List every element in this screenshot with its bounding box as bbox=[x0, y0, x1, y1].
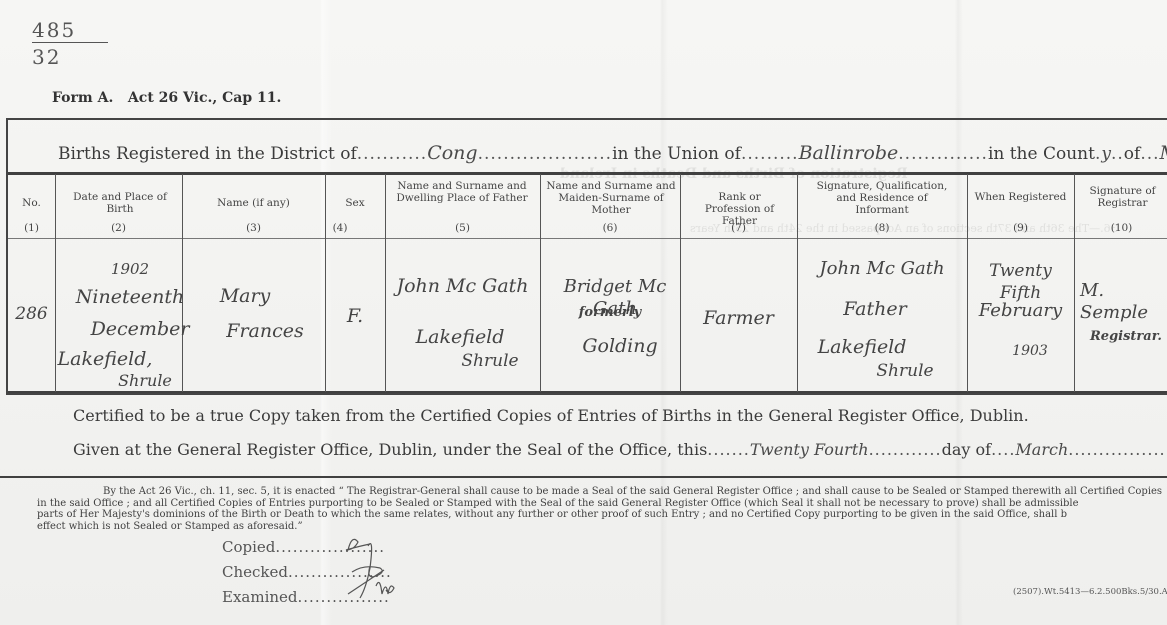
birth-month: December bbox=[85, 318, 195, 340]
printer-mark: (2507).Wt.5413—6.2.500Bks.5/30.A bbox=[1013, 587, 1167, 597]
county-label: in the Count bbox=[988, 144, 1095, 164]
certificate-paper: Registration of Births and Deaths in Ire… bbox=[0, 0, 1167, 625]
column-header-registrar: Signature of Registrar bbox=[1080, 185, 1165, 209]
district-prefix: Births Registered in the District of bbox=[58, 144, 357, 164]
father-name: John Mc Gath bbox=[385, 275, 540, 297]
informant-residence-town: Shrule bbox=[850, 360, 960, 382]
column-number: (7) bbox=[680, 222, 797, 234]
column-header-father: Name and Surname and Dwelling Place of F… bbox=[392, 180, 532, 204]
column-header-informant: Signature, Qualification, and Residence … bbox=[812, 180, 952, 216]
given-at-statement: Given at the General Register Office, Du… bbox=[73, 440, 1167, 459]
district-value: Cong bbox=[427, 142, 477, 164]
column-number: (5) bbox=[385, 222, 540, 234]
column-divider bbox=[797, 174, 798, 392]
district-header: Births Registered in the District of....… bbox=[58, 142, 1167, 164]
column-header-date-place: Date and Place of Birth bbox=[70, 191, 170, 215]
day-of-label: day of bbox=[942, 440, 991, 459]
column-number: (2) bbox=[55, 222, 182, 234]
father-dwelling: Lakefield bbox=[395, 326, 525, 348]
informant-residence: Lakefield bbox=[797, 336, 927, 358]
birth-place: Lakefield, bbox=[50, 348, 160, 370]
column-number: (6) bbox=[540, 222, 680, 234]
issue-day: Twenty Fourth bbox=[750, 440, 869, 459]
form-label: Form A. Act 26 Vic., Cap 11. bbox=[52, 90, 281, 106]
legal-note-line: By the Act 26 Vic., ch. 11, sec. 5, it i… bbox=[37, 486, 1167, 498]
child-first-name: Mary bbox=[190, 285, 300, 307]
examined-label: Examined bbox=[222, 588, 298, 606]
registrar-signature: M. Semple bbox=[1074, 280, 1167, 324]
father-dwelling-town: Shrule bbox=[435, 350, 545, 372]
legal-note-line: parts of Her Majesty's dominions of the … bbox=[37, 509, 1167, 521]
union-label: in the Union of bbox=[612, 144, 741, 164]
certification-statement: Certified to be a true Copy taken from t… bbox=[73, 406, 1029, 425]
column-header-sex: Sex bbox=[325, 197, 385, 209]
reference-number-top: 485 bbox=[32, 18, 108, 43]
column-number: (1) bbox=[8, 222, 55, 234]
birth-year: 1902 bbox=[80, 258, 180, 280]
child-second-name: Frances bbox=[210, 320, 320, 342]
legal-note-line: effect which is not Sealed or Stamped as… bbox=[37, 521, 1167, 533]
legal-note-rule bbox=[0, 476, 1167, 478]
column-header-name: Name (if any) bbox=[182, 197, 325, 209]
clerk-initials-scribble bbox=[330, 528, 400, 608]
entry-number: 286 bbox=[8, 303, 55, 325]
registered-year: 1903 bbox=[1000, 340, 1060, 362]
birth-day: Nineteenth bbox=[70, 286, 190, 308]
column-number: (9) bbox=[967, 222, 1074, 234]
county-of: of bbox=[1124, 144, 1141, 164]
father-rank: Farmer bbox=[680, 307, 797, 329]
county-value: Mayo bbox=[1160, 142, 1167, 164]
informant-name: John Mc Gath bbox=[797, 258, 967, 280]
mother-maiden-name: Golding bbox=[560, 335, 680, 357]
birth-place-town: Shrule bbox=[100, 370, 190, 392]
sex-value: F. bbox=[325, 305, 385, 327]
registrar-title: Registrar. bbox=[1090, 326, 1167, 348]
column-header-mother: Name and Surname and Maiden-Surname of M… bbox=[545, 180, 677, 216]
legal-note-line: in the said Office ; and all Certified C… bbox=[37, 498, 1167, 510]
county-suffix: y bbox=[1101, 144, 1111, 164]
column-number: (3) bbox=[182, 222, 325, 234]
union-value: Ballinrobe bbox=[799, 142, 899, 164]
mother-formerly: formerly bbox=[540, 302, 680, 324]
legal-note: By the Act 26 Vic., ch. 11, sec. 5, it i… bbox=[37, 486, 1167, 532]
column-number: (8) bbox=[797, 222, 967, 234]
reference-number-bottom: 32 bbox=[32, 43, 108, 69]
informant-qualification: Father bbox=[800, 298, 950, 320]
given-at-prefix: Given at the General Register Office, Du… bbox=[73, 440, 707, 459]
checked-label: Checked bbox=[222, 563, 288, 581]
registered-day: Twenty Fifth bbox=[967, 260, 1074, 304]
registered-month: February bbox=[967, 300, 1074, 322]
column-header-when-registered: When Registered bbox=[967, 191, 1074, 203]
column-number: (10) bbox=[1074, 222, 1167, 234]
issue-month: March bbox=[1015, 440, 1068, 459]
column-header-no: No. bbox=[8, 197, 55, 209]
reference-number: 485 32 bbox=[32, 18, 108, 69]
copied-label: Copied bbox=[222, 538, 275, 556]
column-number: (4) bbox=[325, 222, 355, 234]
